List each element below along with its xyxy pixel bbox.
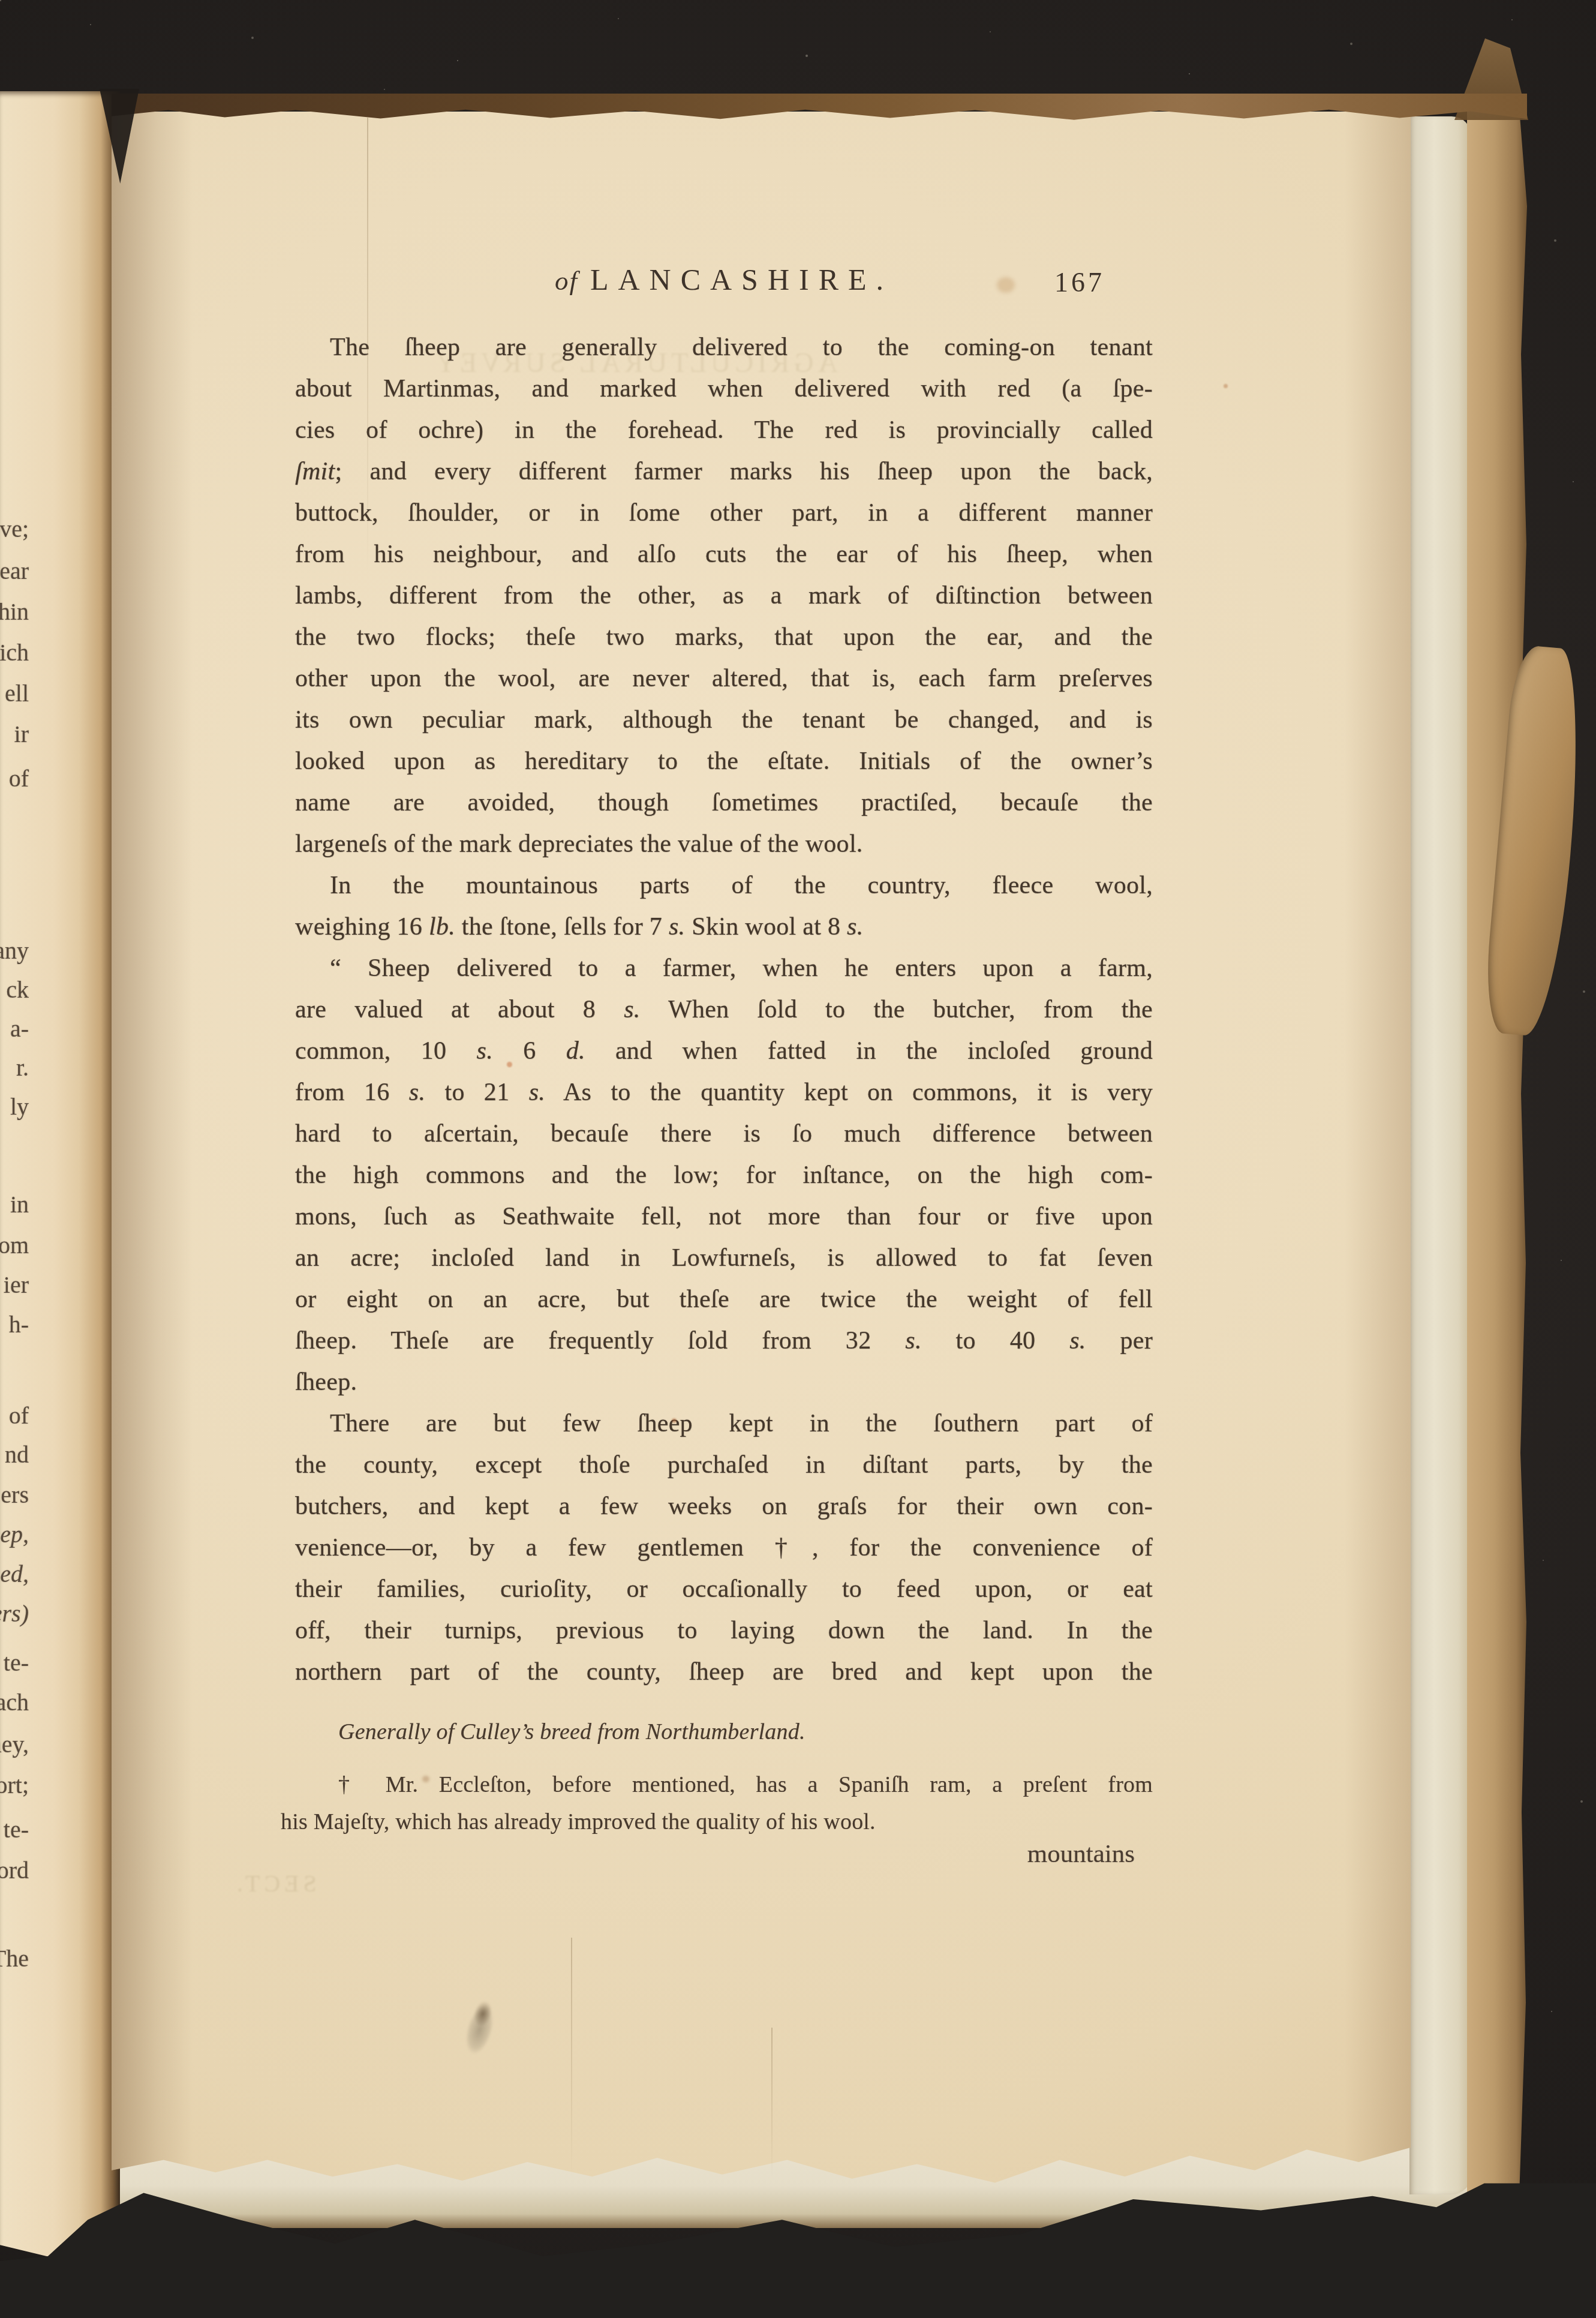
adjacent-page-text-fragment: ged, — [0, 1562, 29, 1586]
footnote-line: † Mr. Eccleſton, before mentioned, has a… — [295, 1766, 1153, 1803]
header-title: LANCASHIRE. — [590, 263, 893, 296]
text-line: ſheep. — [295, 1362, 1153, 1403]
text-line: an acre; incloſed land in Lowfurneſs, is… — [295, 1238, 1153, 1279]
adjacent-page-text-fragment: ort; — [0, 1773, 29, 1797]
text-line: the high commons and the low; for inſtan… — [295, 1155, 1153, 1196]
text-line: northern part of the county, ſheep are b… — [295, 1652, 1153, 1693]
text-line: other upon the wool, are never altered, … — [295, 658, 1153, 699]
text-line: cies of ochre) in the forehead. The red … — [295, 410, 1153, 451]
running-header: ofLANCASHIRE. — [295, 262, 1153, 297]
adjacent-page-text-fragment: h- — [0, 1313, 29, 1337]
header-preposition: of — [555, 266, 578, 296]
paper-stain — [997, 277, 1015, 293]
adjacent-page-text-fragment: eep, — [0, 1523, 29, 1547]
text-line: about Martinmas, and marked when deliver… — [295, 368, 1153, 410]
text-line: the two flocks; theſe two marks, that up… — [295, 617, 1153, 658]
footnote-gap — [295, 1750, 1153, 1766]
paper-stain — [422, 1776, 429, 1782]
adjacent-page-text-fragment: te- — [0, 1651, 29, 1675]
adjacent-page-text-fragment: ord — [0, 1858, 29, 1882]
text-line: name are avoided, though ſometimes pract… — [295, 782, 1153, 824]
paper-stain — [1224, 384, 1228, 388]
adjacent-page-text-fragment: ck — [0, 978, 29, 1002]
ink-smudge — [454, 1995, 504, 2071]
footnote-line: his Majeſty, which has already improved … — [281, 1803, 1153, 1840]
adjacent-page-text-fragment: ney, — [0, 1733, 29, 1756]
text-line: In the mountainous parts of the country,… — [295, 865, 1153, 906]
adjacent-page-text-fragment: om — [0, 1233, 29, 1257]
adjacent-page-text-fragment: ers) — [0, 1602, 29, 1626]
adjacent-page-text-fragment: any — [0, 939, 29, 963]
text-line: or eight on an acre, but theſe are twice… — [295, 1279, 1153, 1320]
text-line: lambs, different from the other, as a ma… — [295, 575, 1153, 617]
text-line: weighing 16 lb. the ſtone, ſells for 7 s… — [295, 906, 1153, 948]
text-line: venience—or, by a few gentlemen †, for t… — [295, 1527, 1153, 1569]
footnote-line: Generally of Culley’s breed from Northum… — [295, 1713, 1153, 1750]
text-line: hard to aſcertain, becauſe there is ſo m… — [295, 1113, 1153, 1155]
adjacent-page-text-fragment: ers — [0, 1483, 29, 1507]
catchword: mountains — [295, 1839, 1135, 1869]
text-line: buttock, ſhoulder, or in ſome other part… — [295, 493, 1153, 534]
text-line: common, 10 s. 6 d. and when fatted in th… — [295, 1031, 1153, 1072]
paper-crease — [771, 2028, 773, 2178]
text-line: their families, curioſity, or occaſional… — [295, 1569, 1153, 1610]
adjacent-page-text-fragment: ier — [0, 1273, 29, 1297]
text-line: its own peculiar mark, although the tena… — [295, 699, 1153, 741]
text-line: “ Sheep delivered to a farmer, when he e… — [295, 948, 1153, 989]
body-text: The ſheep are generally delivered to the… — [295, 327, 1153, 1693]
paper-crease — [571, 1938, 572, 2178]
text-line: There are but few ſheep kept in the ſout… — [295, 1403, 1153, 1445]
paper-stain — [507, 1062, 512, 1067]
adjacent-page-text-fragment: ly — [0, 1095, 29, 1119]
adjacent-page-text-fragment: r. — [0, 1056, 29, 1080]
paper-crease — [367, 118, 368, 574]
adjacent-page-text-fragment: ear — [0, 559, 29, 583]
adjacent-page-text-fragment: hin — [0, 600, 29, 624]
adjacent-page-text-fragment: nd — [0, 1443, 29, 1467]
scanned-book-photo: { "book_page": { "header": { "prepositio… — [0, 0, 1596, 2318]
adjacent-page-text-fragment: The — [0, 1947, 29, 1971]
adjacent-page-text-fragment: ir — [0, 722, 29, 746]
adjacent-page-text-fragment: in — [0, 1193, 29, 1217]
adjacent-page-text-fragment: of — [0, 1404, 29, 1428]
text-line: ſmit; and every different farmer marks h… — [295, 451, 1153, 493]
adjacent-page-text-fragment: ell — [0, 681, 29, 705]
printed-content: AGRICULTURAL SURVEYSECT. ofLANCASHIRE. 1… — [0, 0, 1596, 2318]
text-line: off, their turnips, previous to laying d… — [295, 1610, 1153, 1652]
text-line: mons, ſuch as Seathwaite fell, not more … — [295, 1196, 1153, 1238]
page-number: 167 — [1054, 266, 1105, 298]
text-line: The ſheep are generally delivered to the… — [295, 327, 1153, 368]
text-line: ſheep. Theſe are frequently ſold from 32… — [295, 1320, 1153, 1362]
adjacent-page-text-fragment: ich — [0, 641, 29, 665]
paper-stain — [672, 1418, 677, 1423]
text-line: butchers, and kept a few weeks on graſs … — [295, 1486, 1153, 1527]
text-line: the county, except thoſe purchaſed in di… — [295, 1445, 1153, 1486]
adjacent-page-text-fragment: rve; — [0, 517, 29, 541]
text-line: are valued at about 8 s. When ſold to th… — [295, 989, 1153, 1031]
adjacent-page-text-fragment: of — [0, 767, 29, 791]
adjacent-page-text-fragment: a- — [0, 1017, 29, 1041]
bleed-through-text: SECT. — [233, 1869, 317, 1897]
adjacent-page-text-fragment: te- — [0, 1818, 29, 1842]
text-line: looked upon as hereditary to the eſtate.… — [295, 741, 1153, 782]
text-line: largeneſs of the mark depreciates the va… — [295, 824, 1153, 865]
text-line: from 16 s. to 21 s. As to the quantity k… — [295, 1072, 1153, 1113]
adjacent-page-text-fragment: each — [0, 1691, 29, 1715]
text-line: from his neighbour, and alſo cuts the ea… — [295, 534, 1153, 575]
